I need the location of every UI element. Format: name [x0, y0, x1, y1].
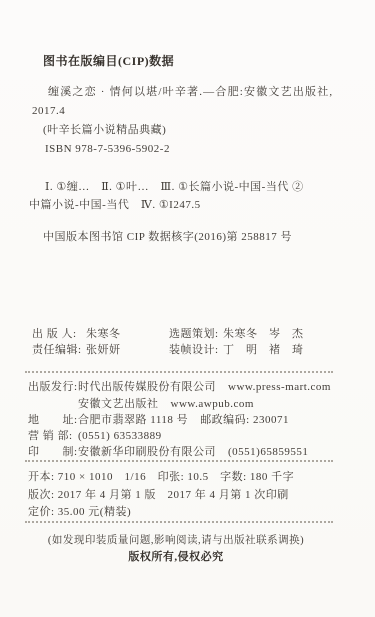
- distributor-label: 出版发行:: [28, 381, 78, 394]
- publishing-row: 出版发行:时代出版传媒股份有限公司www.press-mart.com: [28, 381, 331, 394]
- distributor-name: 时代出版传媒股份有限公司: [78, 381, 216, 393]
- planning-names: 朱寒冬 岑 杰: [223, 328, 304, 340]
- format-line: 开本: 710 × 1010 1/16 印张: 10.5 字数: 180 千字: [28, 471, 294, 484]
- series-title: (叶辛长篇小说精品典藏): [43, 124, 166, 137]
- publisher-house-name: 安徽文艺出版社: [78, 398, 159, 410]
- dotted-divider: [25, 521, 333, 523]
- design-names: 丁 明 褚 琦: [223, 344, 304, 356]
- postal-code: 邮政编码: 230071: [200, 414, 289, 426]
- classification-line-2: 中篇小说-中国-当代 Ⅳ. ①I247.5: [29, 199, 201, 212]
- cip-record-number: 中国版本图书馆 CIP 数据核字(2016)第 258817 号: [43, 231, 292, 244]
- design-label: 装帧设计:: [169, 344, 223, 357]
- address-value: 合肥市翡翠路 1118 号: [78, 414, 188, 426]
- staff-row: 选题策划:朱寒冬 岑 杰: [169, 328, 304, 341]
- isbn-number: ISBN 978-7-5396-5902-2: [45, 143, 170, 156]
- copyright-statement: 版权所有,侵权必究: [0, 551, 352, 564]
- editor-name: 张妍妍: [86, 344, 121, 356]
- publisher-name: 朱寒冬: [86, 328, 121, 340]
- editor-label: 责任编辑:: [32, 344, 86, 357]
- classification-line-1: Ⅰ. ①缠… Ⅱ. ①叶… Ⅲ. ①长篇小说-中国-当代 ②: [45, 181, 304, 194]
- printer-label: 印 制:: [28, 446, 78, 459]
- marketing-phone: (0551) 63533889: [78, 430, 162, 442]
- quality-notice: (如发现印装质量问题,影响阅读,请与出版社联系调换): [0, 534, 352, 547]
- publisher-label: 出 版 人:: [32, 328, 86, 341]
- price-line: 定价: 35.00 元(精装): [28, 506, 131, 519]
- staff-row: 装帧设计:丁 明 褚 琦: [169, 344, 304, 357]
- cip-header: 图书在版编目(CIP)数据: [43, 55, 174, 68]
- planning-label: 选题策划:: [169, 328, 223, 341]
- staff-row: 出 版 人:朱寒冬: [32, 328, 121, 341]
- publishing-row: 营 销 部:(0551) 63533889: [28, 430, 162, 443]
- publishing-row: 地 址:合肥市翡翠路 1118 号邮政编码: 230071: [28, 414, 289, 427]
- printer-phone: (0551)65859551: [228, 446, 308, 458]
- dotted-divider: [25, 460, 333, 462]
- publication-year: 2017.4: [32, 105, 65, 118]
- publisher-website: www.awpub.com: [171, 398, 254, 410]
- publishing-row: 印 制:安徽新华印刷股份有限公司(0551)65859551: [28, 446, 308, 459]
- distributor-website: www.press-mart.com: [228, 381, 331, 393]
- edition-line: 版次: 2017 年 4 月第 1 版 2017 年 4 月第 1 次印刷: [28, 489, 289, 502]
- staff-row: 责任编辑:张妍妍: [32, 344, 121, 357]
- dotted-divider: [25, 371, 333, 373]
- copyright-page: 图书在版编目(CIP)数据 缠溪之恋 · 情何以堪/叶辛著.—合肥:安徽文艺出版…: [0, 0, 375, 617]
- publishing-row: 安徽文艺出版社www.awpub.com: [28, 398, 254, 411]
- address-label: 地 址:: [28, 414, 78, 427]
- book-title-line: 缠溪之恋 · 情何以堪/叶辛著.—合肥:安徽文艺出版社,: [48, 86, 333, 99]
- marketing-dept-label: 营 销 部:: [28, 430, 78, 443]
- printer-name: 安徽新华印刷股份有限公司: [78, 446, 216, 458]
